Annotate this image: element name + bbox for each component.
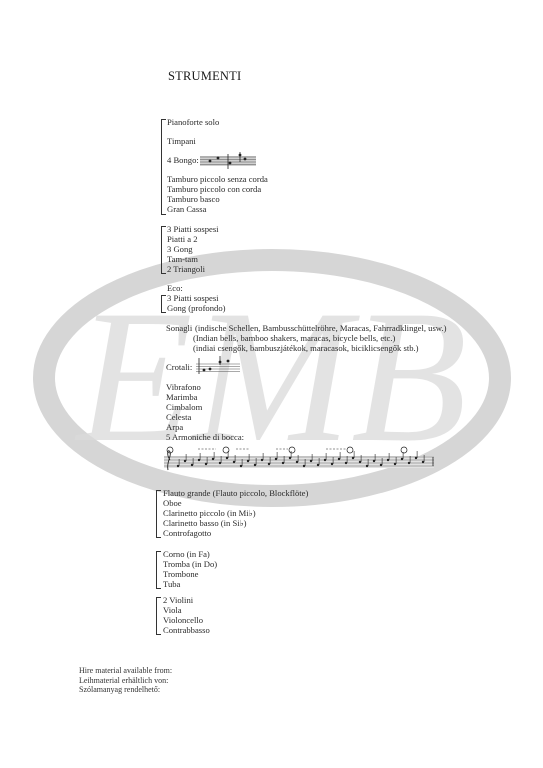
eco-label: Eco: bbox=[167, 283, 183, 294]
sonagli-desc: (Indian bells, bamboo shakers, maracas, … bbox=[193, 333, 395, 344]
sonagli-desc: (indiai csengők, bambuszjátékok, maracas… bbox=[193, 343, 419, 354]
instrument: Trombone bbox=[163, 569, 199, 580]
instrument: Tromba (in Do) bbox=[163, 559, 217, 570]
instrument: Violoncello bbox=[163, 615, 203, 626]
instrument: Arpa bbox=[166, 422, 183, 433]
instrument: Vibrafono bbox=[166, 382, 201, 393]
sonagli-desc: (indische Schellen, Bambusschüttelröhre,… bbox=[195, 323, 446, 334]
instrument: Clarinetto basso (in Si♭) bbox=[163, 518, 247, 529]
instrument: Pianoforte solo bbox=[167, 117, 219, 128]
bracket-eco bbox=[161, 295, 162, 313]
instrument: 3 Gong bbox=[167, 244, 193, 255]
sonagli-label: Sonagli bbox=[166, 323, 192, 334]
instrument: Tamburo piccolo con corda bbox=[167, 184, 261, 195]
footer-line: Szólamanyag rendelhető: bbox=[79, 685, 172, 695]
bracket-brass bbox=[156, 551, 157, 589]
instrument: Cimbalom bbox=[166, 402, 202, 413]
bracket-strings bbox=[156, 597, 157, 635]
instrument: Marimba bbox=[166, 392, 198, 403]
instrument: Viola bbox=[163, 605, 182, 616]
instrument: Controfagotto bbox=[163, 528, 211, 539]
bongo-notation bbox=[200, 150, 258, 172]
instrument: 5 Armoniche di bocca: bbox=[166, 432, 244, 443]
instrument: Tamburo piccolo senza corda bbox=[167, 174, 268, 185]
instrument: 4 Bongo: bbox=[167, 155, 199, 166]
crotali-label: Crotali: bbox=[166, 362, 192, 373]
crotali-notation bbox=[196, 356, 242, 376]
instrument: 3 Piatti sospesi bbox=[167, 293, 219, 304]
footer-line: Hire material available from: bbox=[79, 666, 172, 676]
instrument: Timpani bbox=[167, 136, 196, 147]
instrument: Flauto grande (Flauto piccolo, Blockflöt… bbox=[163, 488, 308, 499]
instrument: Clarinetto piccolo (in Mi♭) bbox=[163, 508, 256, 519]
page-title: STRUMENTI bbox=[168, 69, 241, 84]
instrument: 2 Violini bbox=[163, 595, 193, 606]
footer-line: Leihmaterial erhältlich von: bbox=[79, 676, 172, 686]
instrument: Oboe bbox=[163, 498, 182, 509]
harmonica-notation bbox=[164, 446, 436, 474]
instrument: Tamburo basco bbox=[167, 194, 220, 205]
instrument: Tam-tam bbox=[167, 254, 198, 265]
bracket-percussion1 bbox=[161, 119, 162, 215]
instrument: Tuba bbox=[163, 579, 180, 590]
emb-watermark: EMB bbox=[0, 0, 543, 768]
instrument: 3 Piatti sospesi bbox=[167, 224, 219, 235]
instrument: Corno (in Fa) bbox=[163, 549, 210, 560]
bracket-percussion2 bbox=[161, 226, 162, 274]
hire-material-note: Hire material available from: Leihmateri… bbox=[79, 666, 172, 695]
instrument: Contrabbasso bbox=[163, 625, 210, 636]
instrument: 2 Triangoli bbox=[167, 264, 205, 275]
instrument: Celesta bbox=[166, 412, 191, 423]
instrument: Gong (profondo) bbox=[167, 303, 225, 314]
instrument: Gran Cassa bbox=[167, 204, 206, 215]
instrument: Piatti a 2 bbox=[167, 234, 198, 245]
bracket-woodwinds bbox=[156, 490, 157, 538]
